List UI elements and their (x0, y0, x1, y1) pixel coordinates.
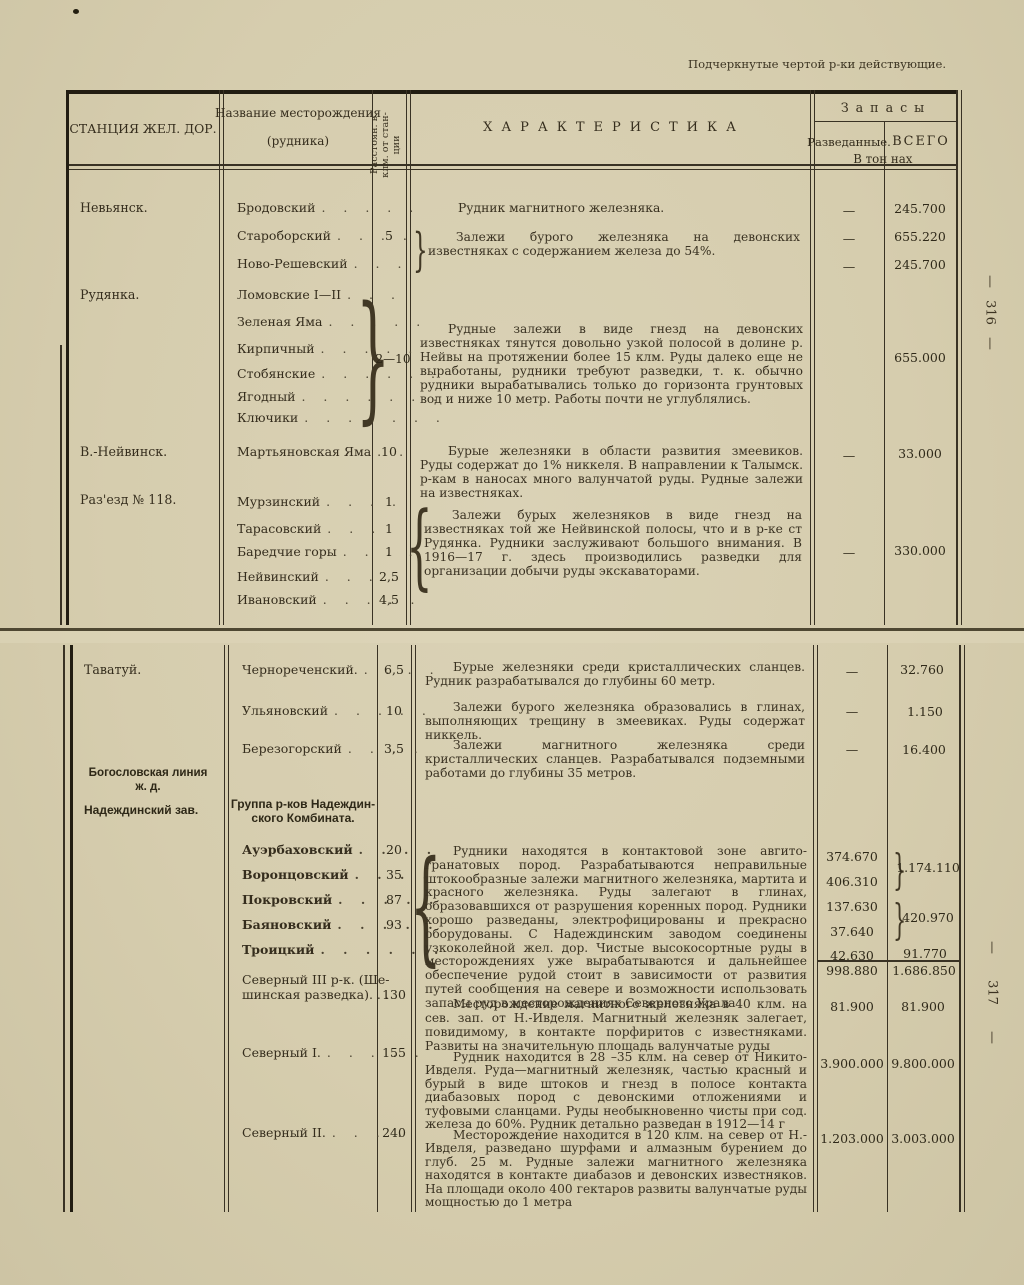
characteristic-text: Залежи бурого железняка на девонских изв… (428, 230, 800, 258)
ink-dot (73, 9, 79, 14)
mine-row: Ново-Решевский. . . (237, 256, 408, 271)
table-border (887, 645, 888, 1212)
mine-row: Бродовский. . . . . (237, 200, 420, 215)
total-value: 245.700 (894, 257, 946, 272)
distance-value: 20 (386, 842, 402, 857)
explored-sum: 998.880 (826, 963, 878, 978)
table-border (961, 90, 962, 625)
column-header-explored: Разведанные. (807, 135, 891, 149)
explored-value: — (846, 664, 859, 679)
mine-row: Тарасовский. . . (237, 521, 382, 536)
column-header-reserves: Запасы (841, 100, 931, 115)
distance-value: 2—10 (376, 352, 411, 366)
explored-value: 37.640 (830, 924, 874, 939)
column-header-total: ВСЕГО (892, 134, 950, 149)
table-border (810, 90, 811, 625)
total-value: 1.150 (907, 704, 943, 719)
table-border (66, 90, 69, 625)
total-value: 655.000 (894, 350, 946, 365)
table-border (66, 164, 958, 166)
characteristic-text: Бурые железняки среди кристаллических сл… (425, 660, 805, 688)
table-border (66, 169, 958, 170)
station-cell: Рудянка. (80, 287, 139, 302)
total-value: 655.220 (894, 229, 946, 244)
explored-value: 1.203.000 (820, 1131, 884, 1146)
table-border (60, 345, 62, 625)
table-border (63, 645, 65, 1212)
total-value: 1.174.110 (896, 860, 960, 875)
scanned-document-page: Подчеркнутые чертой р-ки действующие. СТ… (0, 0, 1024, 1285)
railway-line-heading: Богословская линия (89, 766, 208, 779)
total-value: 420.970 (902, 910, 954, 925)
table-border (814, 90, 815, 625)
table-border (70, 645, 73, 1212)
distance-value: 1 (385, 521, 393, 536)
table-border (219, 90, 220, 625)
mine-row: Мурзинский. . . . (237, 494, 403, 509)
total-value: 91.770 (903, 946, 947, 961)
total-value: 16.400 (902, 742, 946, 757)
explored-value: 137.630 (826, 899, 878, 914)
table-border (884, 121, 885, 625)
table-border (66, 90, 958, 94)
page-crease-shadow (0, 631, 1024, 643)
explored-value: — (843, 203, 856, 218)
mine-row: Зеленая Яма. . . . . (237, 314, 427, 329)
characteristic-text: Залежи магнитного железняка среди криста… (425, 738, 805, 780)
column-header-deposit-sub: (рудника) (267, 134, 329, 148)
mine-row: Ульяновский. . . . . (242, 703, 433, 718)
page-number-317: — 317 — (985, 928, 1000, 1058)
distance-value: 3,5 (384, 741, 404, 756)
total-sum: 1.686.850 (892, 963, 956, 978)
column-header-tons: В тон нах (853, 152, 912, 166)
column-header-station: СТАНЦИЯ ЖЕЛ. ДОР. (69, 121, 216, 136)
table-border (956, 90, 958, 625)
table-border (224, 645, 225, 1212)
total-value: 245.700 (894, 201, 946, 216)
mine-row: Ягодный. . . . . . . (237, 389, 444, 404)
mine-row: шинская разведка). . . (242, 987, 389, 1002)
explored-value: — (843, 259, 856, 274)
table-border (228, 645, 229, 1212)
distance-value: 10 (386, 703, 402, 718)
top-note: Подчеркнутые чертой р-ки действующие. (688, 57, 946, 71)
total-value: 81.900 (901, 999, 945, 1014)
table-border (814, 121, 956, 122)
explored-value: 81.900 (830, 999, 874, 1014)
distance-value: 1 (385, 544, 393, 559)
explored-value: 374.670 (826, 849, 878, 864)
distance-value: 130 (382, 987, 406, 1002)
mine-row: Ауэрбаховский. . . . (242, 842, 438, 857)
mine-row: Стобянские. . . . . . (237, 366, 442, 381)
column-header-distance: Расстоян. вклм. от стан-ции (369, 108, 409, 182)
distance-value: 6,5 (384, 662, 404, 677)
distance-value: 240 (382, 1125, 406, 1140)
total-value: 32.760 (900, 662, 944, 677)
table-border (817, 645, 818, 1212)
table-border (223, 90, 224, 625)
distance-value: 87 (386, 892, 402, 907)
characteristic-text: Рудник магнитного железняка. (458, 201, 664, 215)
characteristic-text: Рудные залежи в виде гнезд на девонских … (420, 322, 803, 406)
page-number-316: — 316 — (983, 273, 998, 353)
sum-rule (817, 960, 887, 962)
characteristic-text: Месторождение находится в 120 клм. на се… (425, 1129, 807, 1209)
distance-value: 10 (381, 444, 397, 459)
distance-value: 4,5 (379, 592, 399, 607)
station-cell: Раз'езд № 118. (80, 492, 176, 507)
column-header-deposit: Название месторождения (215, 106, 381, 120)
total-value: 3.003.000 (891, 1131, 955, 1146)
group-brace: } (413, 227, 428, 273)
column-header-characteristic: ХАРАКТЕРИСТИКА (483, 120, 745, 135)
table-border (813, 645, 814, 1212)
mine-row: Нейвинский. . . . (237, 569, 402, 584)
characteristic-text: Рудники находятся в контактовой зоне авг… (425, 845, 807, 1011)
total-value: 33.000 (898, 446, 942, 461)
distance-value: 35 (386, 867, 402, 882)
explored-value: — (843, 545, 856, 560)
characteristic-text: Рудник находится в 28 –35 клм. на север … (425, 1051, 807, 1131)
mine-row: Воронцовский. . . . (242, 867, 434, 882)
mine-group-heading: Группа р-ков Надеждин- (231, 797, 375, 811)
sum-rule (887, 960, 960, 962)
total-value: 9.800.000 (891, 1056, 955, 1071)
explored-value: 3.900.000 (820, 1056, 884, 1071)
explored-value: 406.310 (826, 874, 878, 889)
explored-value: — (846, 742, 859, 757)
railway-line-heading: ж. д. (135, 780, 160, 793)
distance-value: 155 (382, 1045, 406, 1060)
station-cell: Невьянск. (80, 200, 148, 215)
mine-group-heading: ского Комбината. (251, 811, 354, 825)
table-border (964, 645, 965, 1212)
distance-value: 5 (385, 228, 393, 243)
explored-value: — (843, 231, 856, 246)
characteristic-text: Бурые железняки в области развития змеев… (420, 444, 803, 500)
station-cell: Таватуй. (84, 662, 141, 677)
station-cell: Надеждинский зав. (84, 803, 198, 817)
explored-value: — (846, 704, 859, 719)
characteristic-text: Залежи бурых железняков в виде гнезд на … (424, 508, 802, 578)
mine-row: Северный III р-к. (Ше- (242, 972, 390, 987)
explored-value: — (843, 448, 856, 463)
mine-row: Ключики. . . . . . . (237, 410, 447, 425)
characteristic-text: Месторождение магнитного железняка в 40 … (425, 997, 807, 1053)
distance-value: 1 (385, 494, 393, 509)
station-cell: В.-Нейвинск. (80, 444, 167, 459)
distance-value: 93 (386, 917, 402, 932)
distance-value: 2,5 (379, 569, 399, 584)
table-border (959, 645, 961, 1212)
mine-row: Чернореченский.. . . . (242, 662, 441, 677)
characteristic-text: Залежи бурого железняка образовались в г… (425, 700, 805, 742)
total-value: 330.000 (894, 543, 946, 558)
